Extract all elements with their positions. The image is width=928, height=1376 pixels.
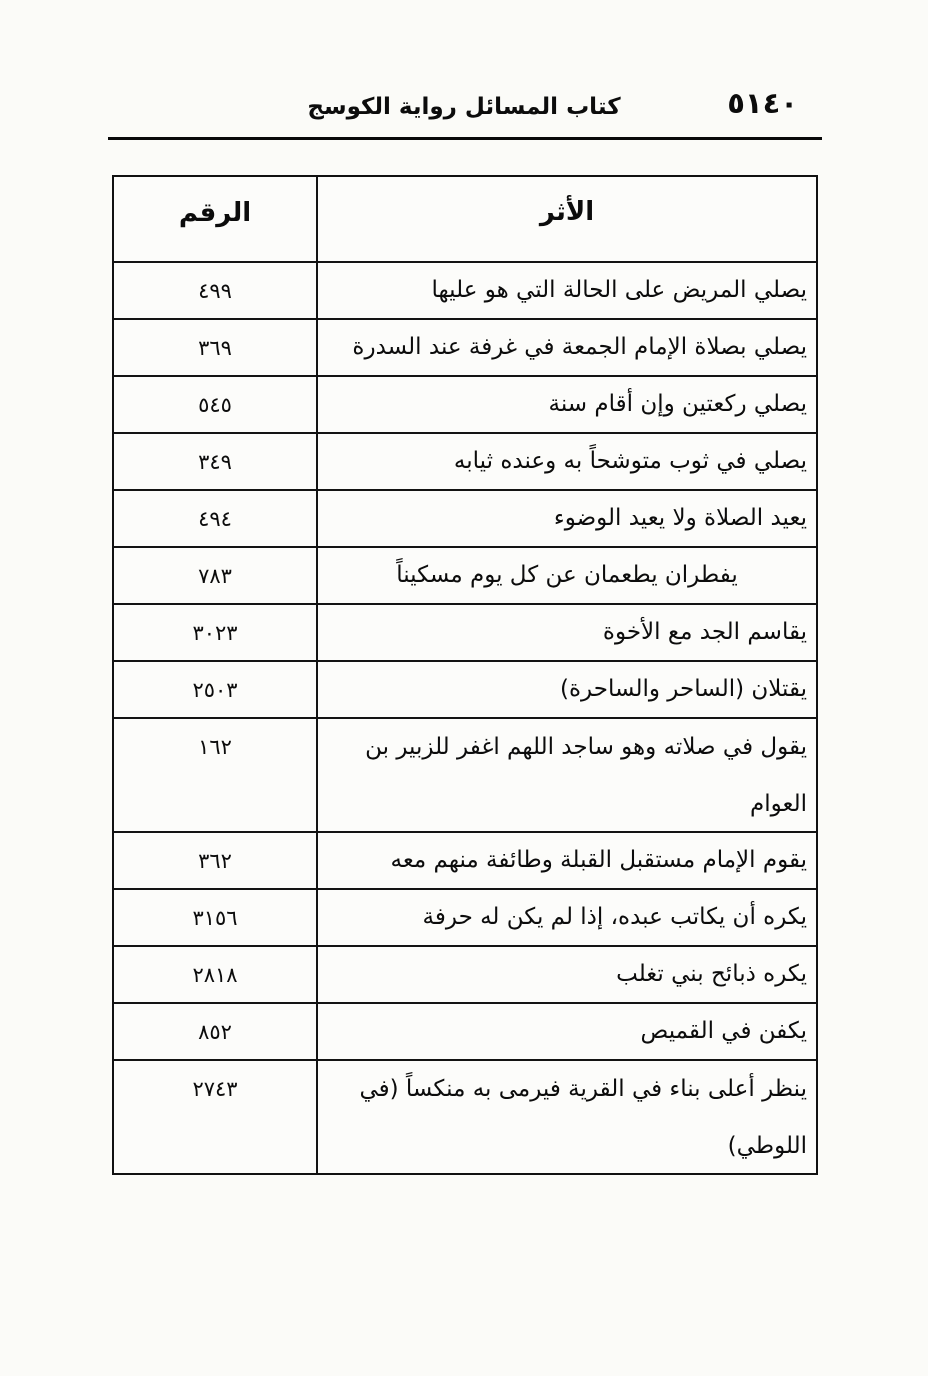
table-row: يصلي المريض على الحالة التي هو عليها ٤٩٩ — [114, 261, 816, 318]
header-rule — [108, 137, 822, 140]
table-row: يعيد الصلاة ولا يعيد الوضوء ٤٩٤ — [114, 489, 816, 546]
page-header: ٥١٤٠ كتاب المسائل رواية الكوسج — [108, 84, 820, 132]
table-row: يقتلان (الساحر والساحرة) ٢٥٠٣ — [114, 660, 816, 717]
athar-cell: يقوم الإمام مستقبل القبلة وطائفة منهم مع… — [316, 833, 816, 888]
raqm-cell: ٤٩٩ — [114, 263, 316, 318]
table-row: يصلي في ثوب متوشحاً به وعنده ثيابه ٣٤٩ — [114, 432, 816, 489]
athar-cell: يصلي في ثوب متوشحاً به وعنده ثيابه — [316, 434, 816, 489]
athar-cell: يصلي المريض على الحالة التي هو عليها — [316, 263, 816, 318]
index-table: الأثر الرقم يصلي المريض على الحالة التي … — [112, 175, 818, 1175]
table-row: يقاسم الجد مع الأخوة ٣٠٢٣ — [114, 603, 816, 660]
raqm-cell: ٣٦٢ — [114, 833, 316, 888]
raqm-cell: ٢٨١٨ — [114, 947, 316, 1002]
table-row: يكره أن يكاتب عبده، إذا لم يكن له حرفة ٣… — [114, 888, 816, 945]
athar-cell: يكره أن يكاتب عبده، إذا لم يكن له حرفة — [316, 890, 816, 945]
table-row: يصلي ركعتين وإن أقام سنة ٥٤٥ — [114, 375, 816, 432]
book-title: كتاب المسائل رواية الكوسج — [108, 94, 820, 120]
raqm-cell: ٧٨٣ — [114, 548, 316, 603]
raqm-cell: ٣٦٩ — [114, 320, 316, 375]
raqm-cell: ٤٩٤ — [114, 491, 316, 546]
table-row: ينظر أعلى بناء في القرية فيرمى به منكساً… — [114, 1059, 816, 1173]
raqm-cell: ٢٧٤٣ — [114, 1061, 316, 1173]
athar-cell: يقتلان (الساحر والساحرة) — [316, 662, 816, 717]
athar-cell: يعيد الصلاة ولا يعيد الوضوء — [316, 491, 816, 546]
athar-cell: يصلي بصلاة الإمام الجمعة في غرفة عند الس… — [316, 320, 816, 375]
table-row: يكفن في القميص ٨٥٢ — [114, 1002, 816, 1059]
raqm-cell: ٣١٥٦ — [114, 890, 316, 945]
table-header-row: الأثر الرقم — [114, 177, 816, 261]
athar-cell: يقاسم الجد مع الأخوة — [316, 605, 816, 660]
raqm-cell: ٨٥٢ — [114, 1004, 316, 1059]
table-row: يقول في صلاته وهو ساجد اللهم اغفر للزبير… — [114, 717, 816, 831]
athar-column-header: الأثر — [316, 177, 816, 261]
athar-cell: يكره ذبائح بني تغلب — [316, 947, 816, 1002]
table-row: يصلي بصلاة الإمام الجمعة في غرفة عند الس… — [114, 318, 816, 375]
raqm-cell: ١٦٢ — [114, 719, 316, 831]
table-row: يكره ذبائح بني تغلب ٢٨١٨ — [114, 945, 816, 1002]
athar-cell: ينظر أعلى بناء في القرية فيرمى به منكساً… — [316, 1061, 816, 1173]
raqm-cell: ٣٠٢٣ — [114, 605, 316, 660]
athar-cell: يقول في صلاته وهو ساجد اللهم اغفر للزبير… — [316, 719, 816, 831]
table-row: يقوم الإمام مستقبل القبلة وطائفة منهم مع… — [114, 831, 816, 888]
athar-cell: يصلي ركعتين وإن أقام سنة — [316, 377, 816, 432]
raqm-cell: ٥٤٥ — [114, 377, 316, 432]
raqm-cell: ٢٥٠٣ — [114, 662, 316, 717]
raqm-cell: ٣٤٩ — [114, 434, 316, 489]
table-row: يفطران يطعمان عن كل يوم مسكيناً ٧٨٣ — [114, 546, 816, 603]
athar-cell: يكفن في القميص — [316, 1004, 816, 1059]
athar-cell: يفطران يطعمان عن كل يوم مسكيناً — [316, 548, 816, 603]
raqm-column-header: الرقم — [114, 177, 316, 261]
